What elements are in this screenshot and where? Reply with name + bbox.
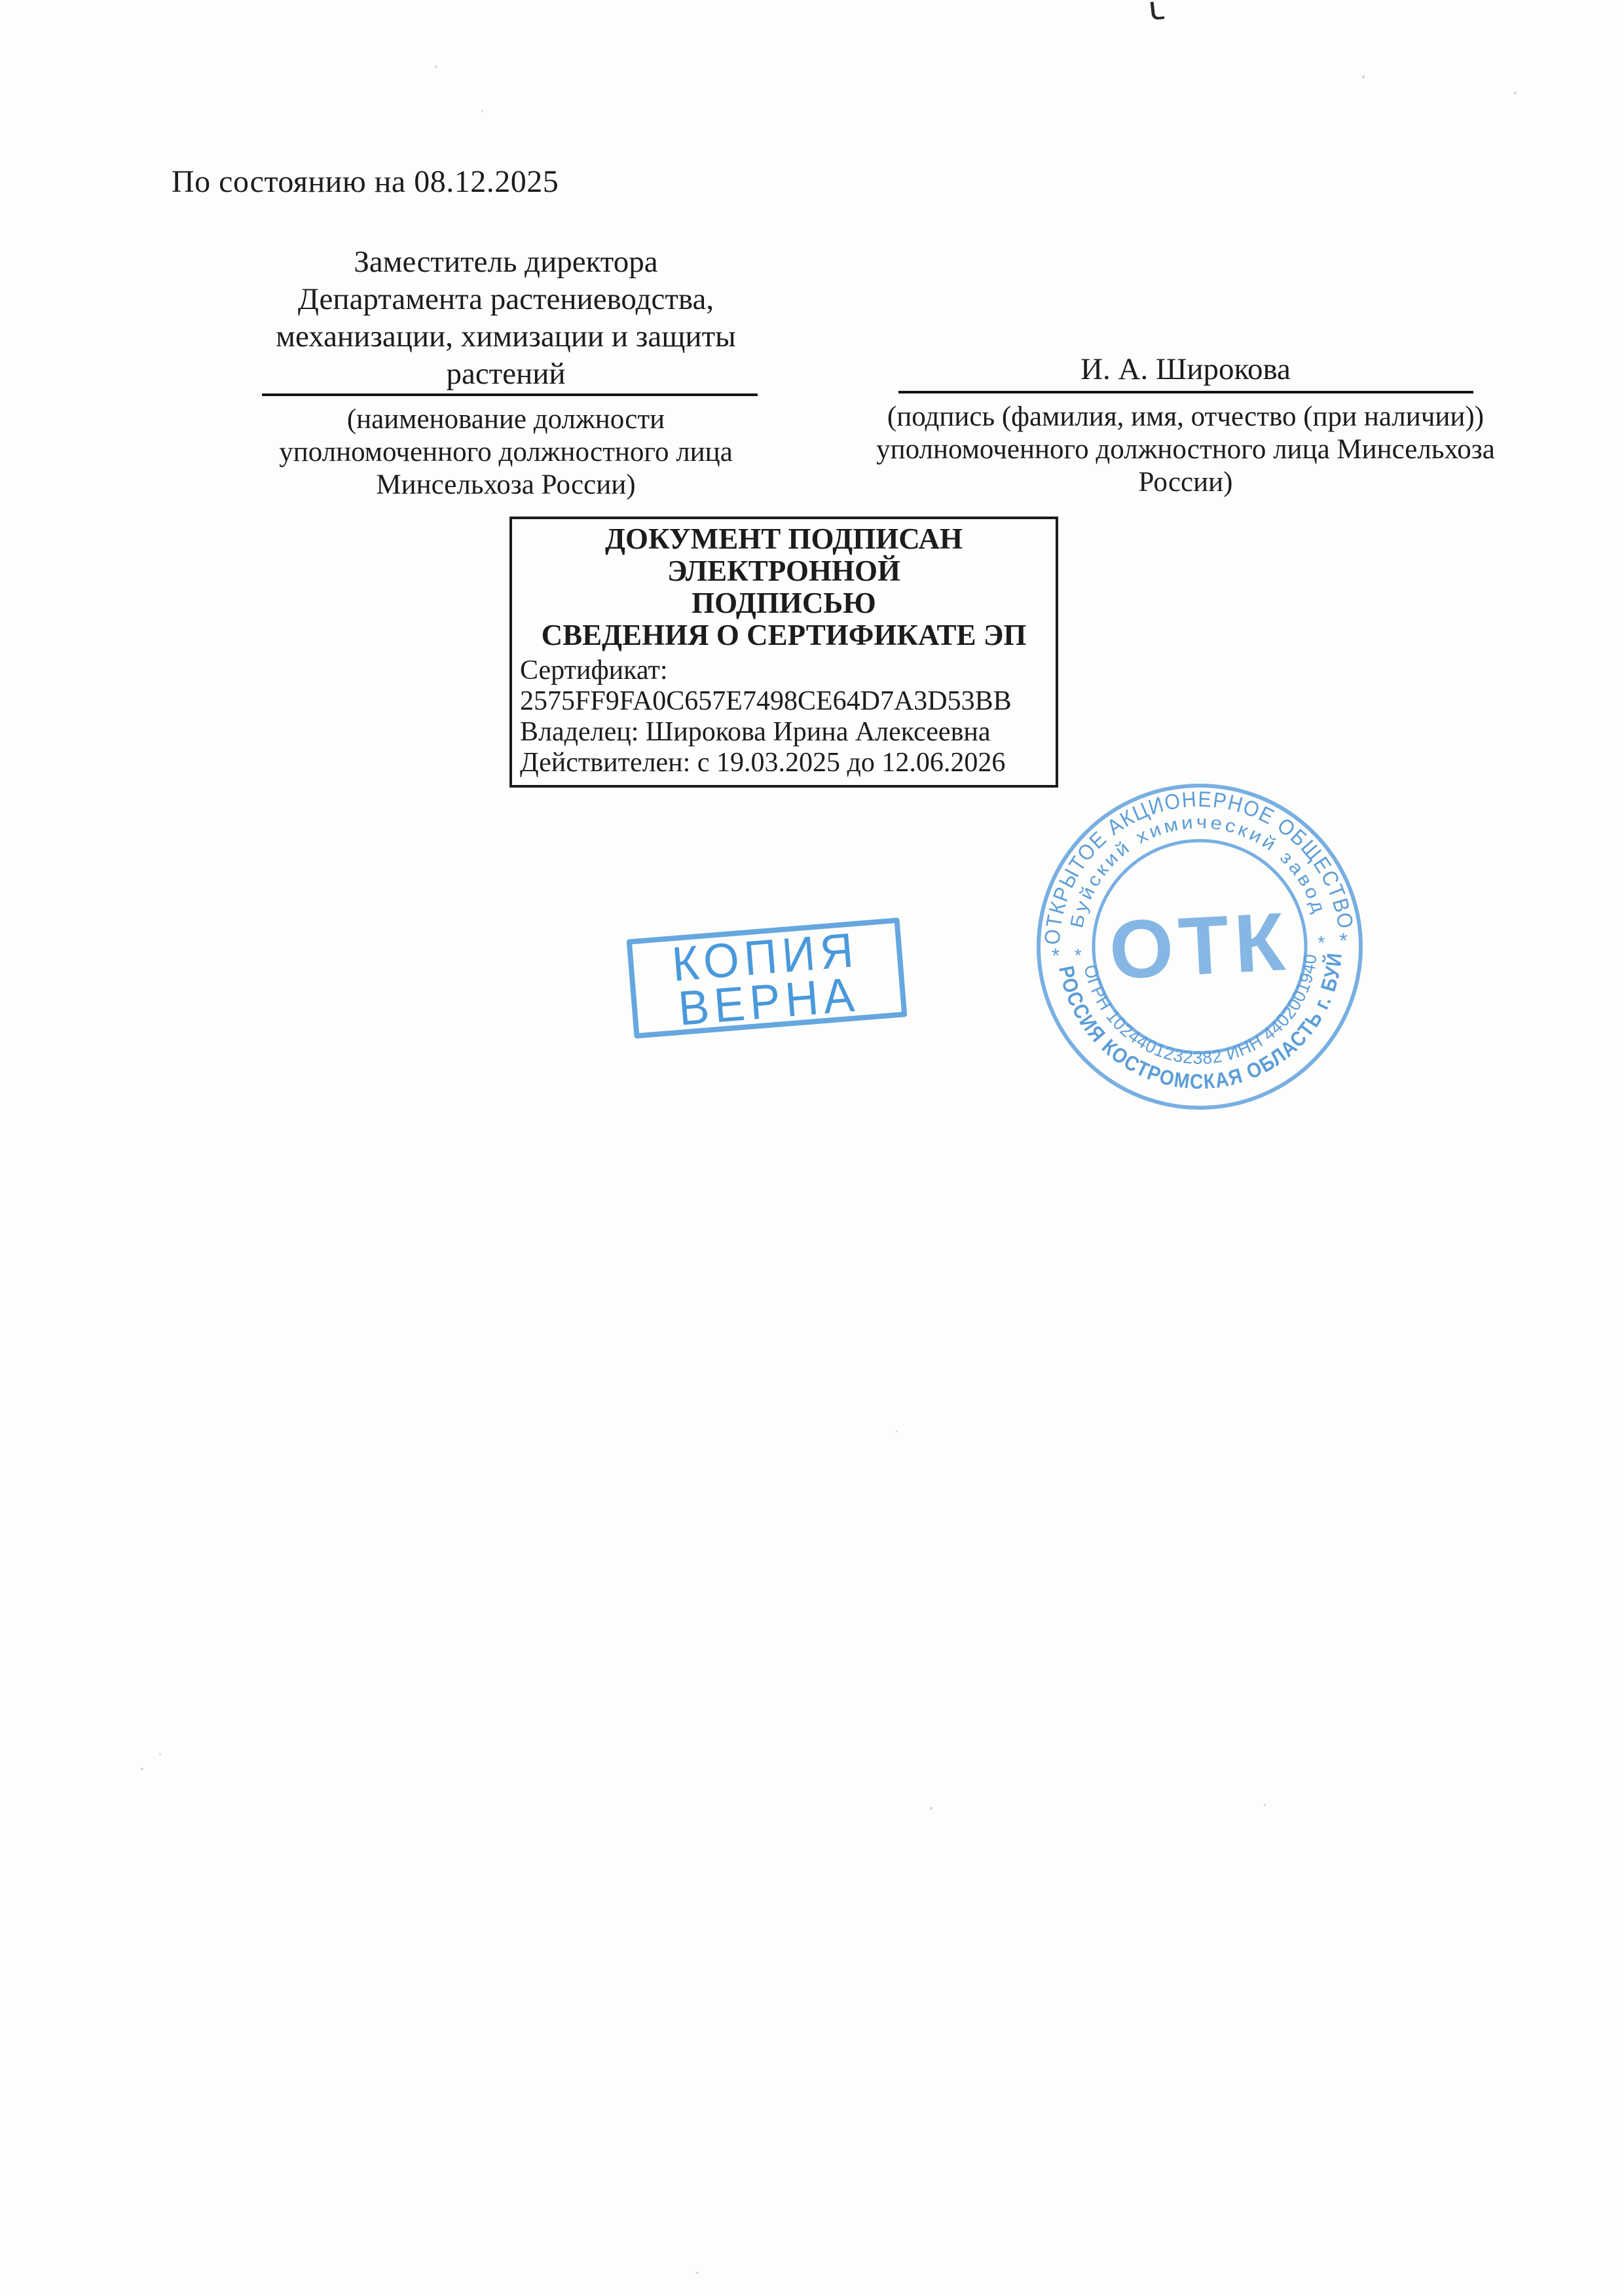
as-of-date-line: По состоянию на 08.12.2025 <box>172 164 559 200</box>
caption-line: уполномоченного должностного лица <box>252 436 760 469</box>
esign-heading-line: ПОДПИСЬЮ <box>520 587 1048 619</box>
scan-speck <box>896 1430 898 1432</box>
caption-line: (подпись (фамилия, имя, отчество (при на… <box>863 401 1508 433</box>
official-name: И. А. Широкова <box>863 351 1508 388</box>
certificate-owner: Владелец: Широкова Ирина Алексеевна <box>520 717 1048 748</box>
position-line: растений <box>252 355 760 393</box>
electronic-signature-stamp: ДОКУМЕНТ ПОДПИСАН ЭЛЕКТРОННОЙ ПОДПИСЬЮ С… <box>509 517 1058 788</box>
esign-heading-line: ДОКУМЕНТ ПОДПИСАН ЭЛЕКТРОННОЙ <box>520 523 1048 587</box>
scan-speck <box>435 65 437 68</box>
otk-round-stamp: ОТКРЫТОЕ АКЦИОНЕРНОЕ ОБЩЕСТВО Буйский хи… <box>1021 768 1379 1126</box>
certificate-value: 2575FF9FA0C657E7498CE64D7A3D53BB <box>520 686 1048 717</box>
esign-heading-line: СВЕДЕНИЯ О СЕРТИФИКАТЕ ЭП <box>520 619 1048 651</box>
scan-speck <box>159 1753 161 1755</box>
caption-line: уполномоченного должностного лица Минсел… <box>863 433 1508 466</box>
caption-line: (наименование должности <box>252 403 760 436</box>
scanned-document-page: По состоянию на 08.12.2025 Заместитель д… <box>0 0 1624 2296</box>
scan-speck <box>695 2272 699 2274</box>
stamp-star-left-inner: * <box>1074 945 1082 966</box>
certificate-validity: Действителен: с 19.03.2025 до 12.06.2026 <box>520 748 1048 778</box>
caption-line: Минсельхоза России) <box>252 469 760 501</box>
scan-speck <box>1264 1804 1266 1806</box>
stamp-star-right-inner: * <box>1318 932 1326 953</box>
certificate-label: Сертификат: <box>520 655 1048 686</box>
signature-underline-left <box>262 393 758 396</box>
scan-speck <box>481 110 483 112</box>
signature-underline-right <box>898 391 1473 393</box>
position-line: Заместитель директора <box>252 244 760 281</box>
stamp-center-otk-text: ОТК <box>1107 895 1292 996</box>
position-line: Департамента растениеводства, <box>252 281 760 318</box>
position-line: механизации, химизации и защиты <box>252 318 760 355</box>
copy-is-true-stamp: КОПИЯ ВЕРНА <box>627 917 908 1038</box>
scan-speck <box>1514 92 1517 94</box>
official-name-block: И. А. Широкова <box>863 351 1508 388</box>
scan-artifact-mark <box>1151 1 1165 20</box>
caption-line: России) <box>863 466 1508 499</box>
stamp-star-left-outer: * <box>1051 943 1060 968</box>
official-position-block: Заместитель директора Департамента расте… <box>252 244 760 393</box>
scan-speck <box>930 1807 932 1810</box>
position-caption-block: (наименование должности уполномоченного … <box>252 403 760 501</box>
scan-speck <box>141 1768 143 1770</box>
scan-speck <box>1362 75 1365 79</box>
signature-caption-block: (подпись (фамилия, имя, отчество (при на… <box>863 401 1508 499</box>
stamp-star-right-outer: * <box>1339 928 1348 953</box>
